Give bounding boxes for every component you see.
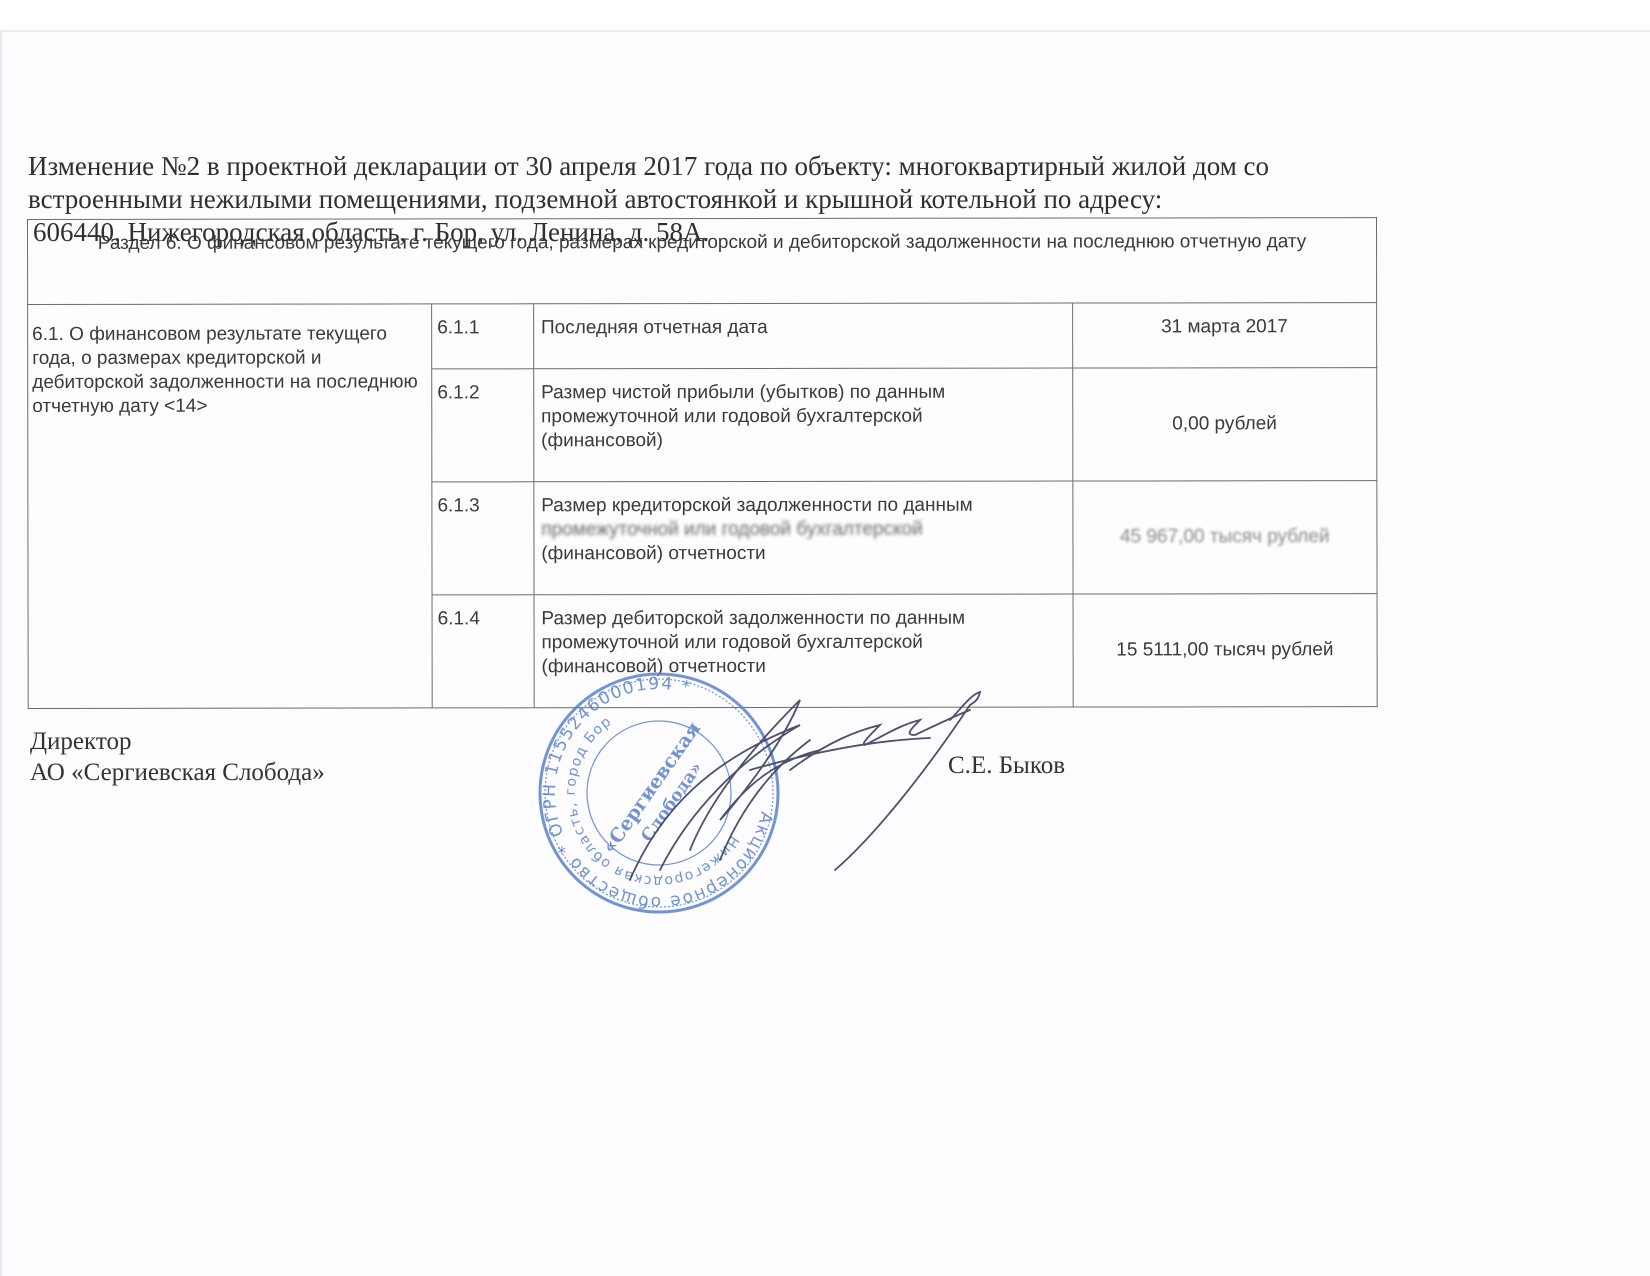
row-number: 6.1.4 <box>432 595 534 708</box>
desc-line: Последняя отчетная дата <box>541 316 1066 341</box>
desc-line-blurred: промежуточной или годовой бухгалтерской <box>541 518 1066 543</box>
section-title: Раздел 6. О финансовом результате текуще… <box>98 231 1307 254</box>
row-number: 6.1.3 <box>432 482 534 595</box>
row-value: 45 967,00 тысяч рублей <box>1072 481 1377 594</box>
desc-line: промежуточной или годовой бухгалтерской <box>541 631 1066 656</box>
row-number: 6.1.1 <box>432 304 534 369</box>
section-title-cell: Раздел 6. О финансовом результате текуще… <box>28 218 1377 305</box>
row-value: 31 марта 2017 <box>1072 303 1376 368</box>
desc-line: промежуточной или годовой бухгалтерской <box>541 405 1066 430</box>
row-value: 0,00 рублей <box>1072 368 1377 481</box>
desc-line: (финансовой) <box>541 429 1066 454</box>
row-number: 6.1.2 <box>432 369 534 482</box>
desc-line: Размер чистой прибыли (убытков) по данны… <box>541 381 1066 406</box>
handwritten-signature-icon <box>620 690 1060 890</box>
signatory-block: Директор АО «Сергиевская Слобода» <box>30 726 325 788</box>
signatory-position: Директор <box>30 726 325 757</box>
row-description: Последняя отчетная дата <box>533 303 1072 369</box>
table-row: 6.1. О финансовом результате текущего го… <box>28 303 1377 370</box>
row-value: 15 5111,00 тысяч рублей <box>1073 594 1378 707</box>
signatory-company: АО «Сергиевская Слобода» <box>30 757 325 788</box>
desc-line: Размер кредиторской задолженности по дан… <box>541 494 1066 519</box>
financial-results-table: Раздел 6. О финансовом результате текуще… <box>27 217 1378 709</box>
row-description: Размер кредиторской задолженности по дан… <box>534 481 1073 595</box>
value-blurred: 45 967,00 тысяч рублей <box>1120 526 1330 547</box>
desc-line: (финансовой) отчетности <box>541 542 1066 567</box>
group-label-cell: 6.1. О финансовом результате текущего го… <box>28 304 433 709</box>
row-description: Размер чистой прибыли (убытков) по данны… <box>534 368 1073 482</box>
group-label: 6.1. О финансовом результате текущего го… <box>32 323 418 416</box>
desc-line: Размер дебиторской задолженности по данн… <box>541 607 1066 632</box>
heading-line-2: встроенными нежилыми помещениями, подзем… <box>28 183 1408 216</box>
heading-line-1: Изменение №2 в проектной декларации от 3… <box>28 150 1408 183</box>
signer-name: С.Е. Быков <box>948 752 1065 780</box>
